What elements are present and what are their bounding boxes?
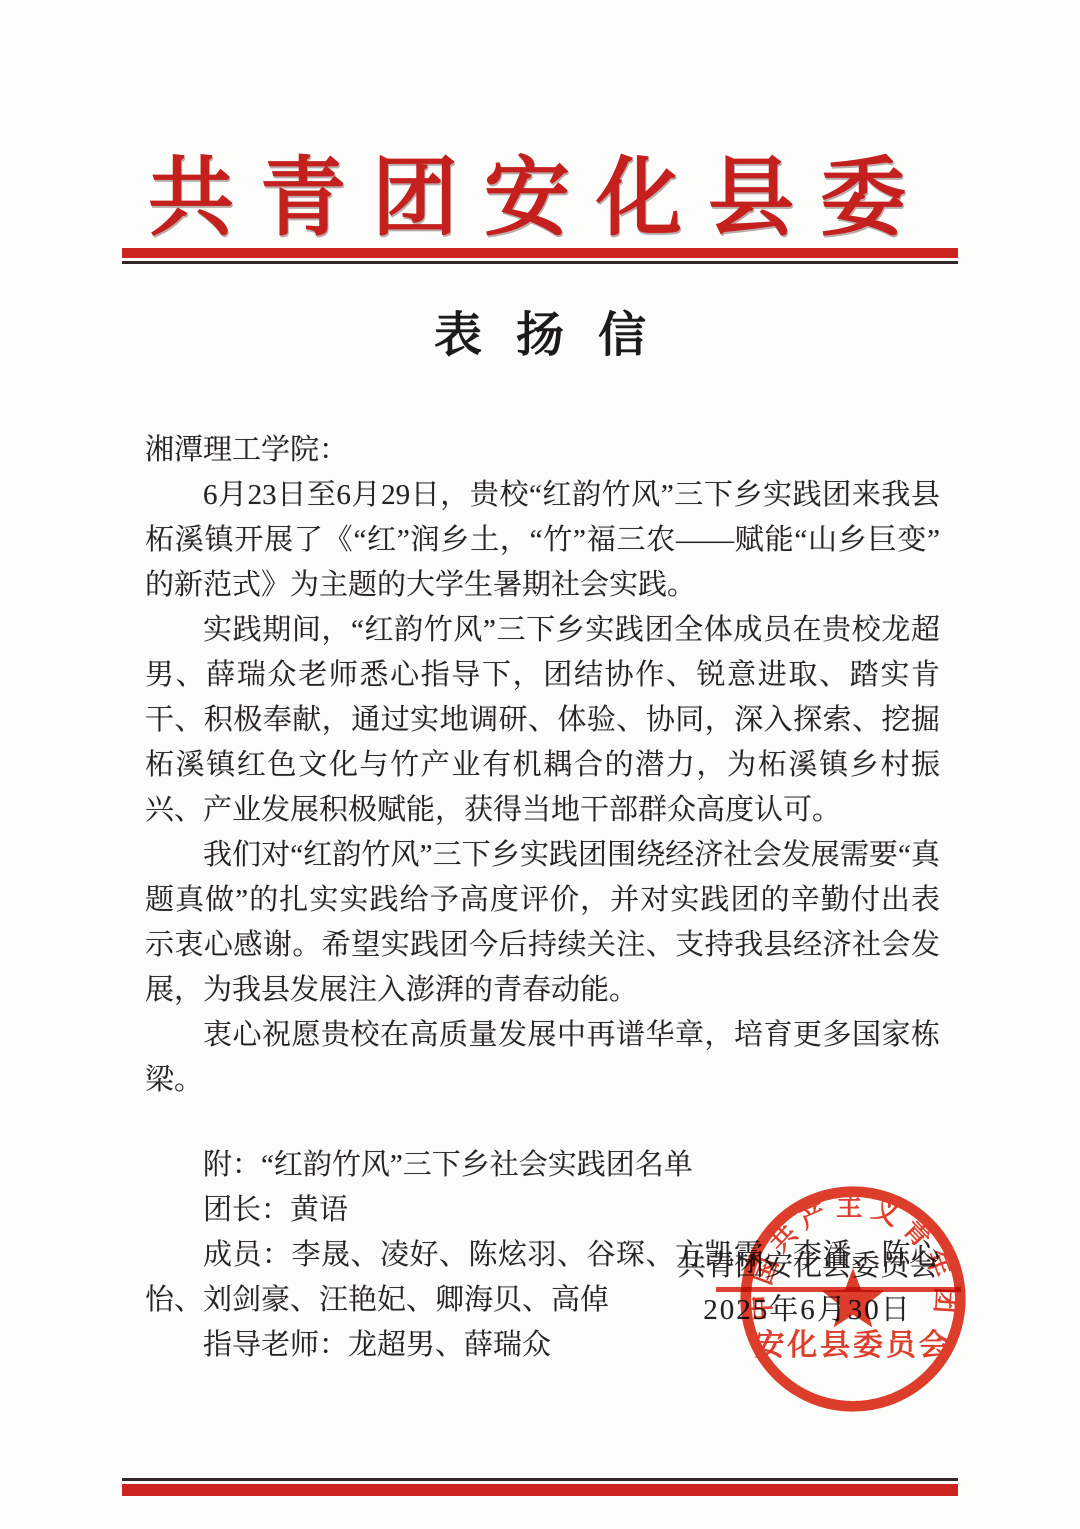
letterhead-divider — [122, 248, 958, 264]
divider-red-bar — [122, 248, 958, 258]
paragraph-intro: 6月23日至6月29日，贵校“红韵竹风”三下乡实践团来我县柘溪镇开展了《“红”润… — [145, 473, 940, 608]
commendation-letter-page: 共青团安化县委 表扬信 湘潭理工学院： 6月23日至6月29日，贵校“红韵竹风”… — [0, 0, 1080, 1529]
footer-red-bar — [122, 1484, 958, 1496]
salutation: 湘潭理工学院： — [145, 428, 940, 473]
seal-graphic: 中国共产主义青年团 安化县委员会 — [737, 1183, 969, 1415]
divider-dark-line — [122, 261, 958, 264]
footer-divider — [122, 1478, 958, 1496]
attachment-title: 附：“红韵竹风”三下乡社会实践团名单 — [145, 1143, 940, 1188]
official-seal: 中国共产主义青年团 安化县委员会 — [737, 1183, 969, 1415]
document-title: 表扬信 — [0, 296, 1080, 365]
seal-bottom-text: 安化县委员会 — [754, 1329, 951, 1362]
star-icon — [822, 1268, 884, 1327]
paragraph-activities: 实践期间，“红韵竹风”三下乡实践团全体成员在贵校龙超男、薛瑞众老师悉心指导下，团… — [145, 608, 940, 833]
paragraph-appraisal: 我们对“红韵竹风”三下乡实践团围绕经济社会发展需要“真题真做”的扎实实践给予高度… — [145, 833, 940, 1013]
paragraph-wishes: 衷心祝愿贵校在高质量发展中再谱华章，培育更多国家栋梁。 — [145, 1013, 940, 1103]
letterhead-title: 共青团安化县委 — [0, 128, 1080, 252]
